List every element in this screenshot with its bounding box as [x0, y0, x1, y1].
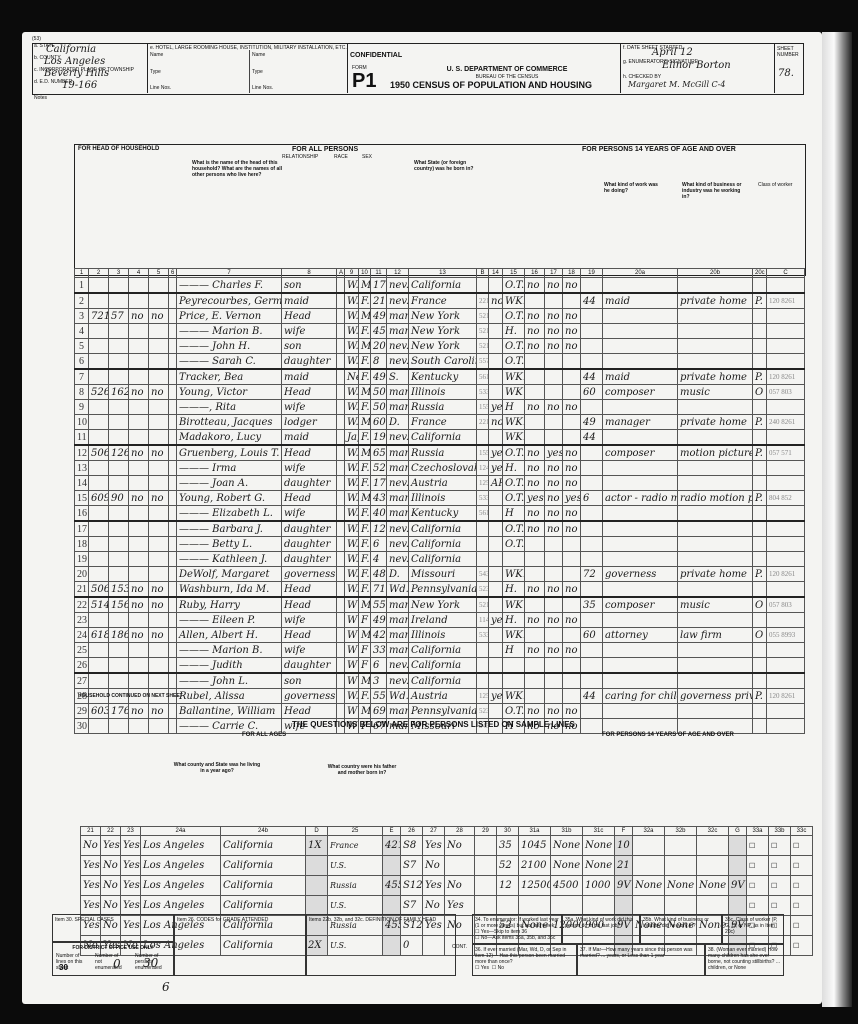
cell-dwelling — [89, 430, 109, 446]
cell-race: W — [345, 673, 359, 689]
cell-marital: mar. — [387, 309, 409, 324]
cell-industry — [678, 673, 753, 689]
table-row: 10Birotteau, JacqueslodgerW.M.60D.France… — [75, 415, 805, 430]
cell-code — [767, 643, 805, 658]
sample-cell-grade: S7 — [401, 896, 423, 916]
sample-cell-g: 9V — [729, 876, 747, 896]
blank-cell — [169, 658, 177, 674]
cell-dwelling — [89, 400, 109, 415]
cell-race: W. — [345, 506, 359, 522]
cell-c18 — [563, 628, 581, 643]
sample-all-ages: FOR ALL AGES — [242, 732, 286, 738]
cell-c16: no — [525, 309, 545, 324]
blank-cell — [337, 400, 345, 415]
cell-code — [767, 704, 805, 719]
q36-no-label: No — [498, 965, 504, 971]
cell-serial: 162 — [109, 385, 129, 400]
colnum: A — [337, 269, 345, 278]
q36-box: 36. If ever married (Mar, Wd, D, or Sep … — [472, 944, 577, 976]
cell-natz — [489, 324, 503, 339]
cell-code — [767, 521, 805, 537]
cell-activity: H. — [503, 324, 525, 339]
cell-age: 3 — [371, 673, 387, 689]
checkbox-cell: ☐ — [769, 836, 791, 856]
cell-c18: no — [563, 400, 581, 415]
cell-age: 17 — [371, 278, 387, 294]
table-row: 372157nonoPrice, E. VernonHeadW.M.49mar.… — [75, 309, 805, 324]
cell-age: 48 — [371, 567, 387, 582]
cell-natz — [489, 354, 503, 370]
q36-yes[interactable]: ☐ Yes — [475, 965, 489, 971]
cell-birthplace: Kentucky — [409, 369, 477, 385]
blank-cell — [169, 704, 177, 719]
form-title: 1950 CENSUS OF POPULATION AND HOUSING — [390, 80, 592, 90]
cell-c17: no — [545, 400, 563, 415]
cell-industry: private home — [678, 567, 753, 582]
cell-code: 057 571 — [767, 445, 805, 461]
cell-birthplace: California — [409, 643, 477, 658]
cell-occupation: actor - radio motion picture — [603, 491, 678, 506]
cell-c17 — [545, 597, 563, 613]
cell-natz — [489, 673, 503, 689]
blank-cell — [337, 506, 345, 522]
colnum: 15 — [503, 269, 525, 278]
colnum: 10 — [359, 269, 371, 278]
cell-b — [477, 658, 489, 674]
cell-hours — [581, 339, 603, 354]
cell-activity — [503, 673, 525, 689]
cell-rel: wife — [282, 324, 337, 339]
cell-code — [767, 339, 805, 354]
cell-birthplace: California — [409, 658, 477, 674]
cell-line: 1 — [75, 278, 89, 294]
cell-age: 33 — [371, 643, 387, 658]
cell-rel: maid — [282, 293, 337, 309]
sample-cell-county: Los Angeles — [141, 836, 221, 856]
cell-age: 20 — [371, 339, 387, 354]
cell-birthplace: Russia — [409, 445, 477, 461]
cell-name: ———, Rita — [177, 400, 282, 415]
cell-age: 60 — [371, 415, 387, 430]
office-use-box: FOR DISTRICT OFFICE USE ONLY Number of l… — [52, 942, 174, 976]
blank-cell — [169, 385, 177, 400]
cell-sex: M. — [359, 445, 371, 461]
cell-marital: mar. — [387, 613, 409, 628]
cell-b — [477, 521, 489, 537]
checked-by: Margaret M. McGill C-4 — [628, 80, 725, 89]
cell-marital: D. — [387, 567, 409, 582]
cell-name: DeWolf, Margaret — [177, 567, 282, 582]
cell-occupation: composer — [603, 445, 678, 461]
cell-hours — [581, 704, 603, 719]
colnum: 26 — [401, 827, 423, 836]
blank-cell — [337, 324, 345, 339]
cell-marital: nev. — [387, 658, 409, 674]
cell-cls — [753, 309, 767, 324]
line-nos-label-2: Line Nos. — [252, 85, 273, 91]
cell-industry — [678, 613, 753, 628]
colnum: B — [477, 269, 489, 278]
cell-acres — [149, 339, 169, 354]
notes-label: Notes — [34, 95, 47, 101]
table-row: 1560990nonoYoung, Robert G.HeadW.M.43mar… — [75, 491, 805, 506]
cell-cls — [753, 613, 767, 628]
blank-cell — [169, 521, 177, 537]
cell-c17 — [545, 385, 563, 400]
cell-c17 — [545, 415, 563, 430]
cell-dwelling: 526 — [89, 385, 109, 400]
sample-cell-c32c — [697, 836, 729, 856]
colnum: E — [383, 827, 401, 836]
sample-cell-county: Los Angeles — [141, 856, 221, 876]
line-nos-label: Line Nos. — [150, 85, 171, 91]
q34-no[interactable]: ☐ No—Ask items 35a, 35b, and 35c — [475, 935, 559, 941]
cell-sex: F. — [359, 552, 371, 567]
dept-label: U. S. DEPARTMENT OF COMMERCE — [412, 66, 602, 73]
cell-name: Price, E. Vernon — [177, 309, 282, 324]
work-question: What kind of work was he doing? — [604, 182, 664, 194]
sheet-code: (53) — [32, 36, 41, 42]
cell-line: 23 — [75, 613, 89, 628]
cell-marital: nev. — [387, 339, 409, 354]
grade-codes-box: Item 26. CODES for GRADE ATTENDED — [174, 914, 306, 976]
cell-c18: yes — [563, 491, 581, 506]
cell-rel: governess — [282, 567, 337, 582]
sample-cell-c21: Yes — [81, 856, 101, 876]
cell-farm — [129, 415, 149, 430]
cell-natz — [489, 339, 503, 354]
cell-hours — [581, 309, 603, 324]
cell-c18: no — [563, 643, 581, 658]
cell-b: 155 — [477, 400, 489, 415]
cell-c17 — [545, 430, 563, 446]
cell-serial — [109, 552, 129, 567]
cell-acres: no — [149, 491, 169, 506]
cell-rel: lodger — [282, 415, 337, 430]
q36-no[interactable]: ☐ No — [492, 965, 504, 971]
cell-c18 — [563, 658, 581, 674]
cell-name: ——— Judith — [177, 658, 282, 674]
sample-cell-c32b — [665, 836, 697, 856]
sample-cell-c30: 35 — [497, 836, 519, 856]
cell-c17 — [545, 628, 563, 643]
cell-b: 221 — [477, 415, 489, 430]
sample-cell-c31a — [519, 896, 551, 916]
cell-sex: F. — [359, 476, 371, 491]
cell-cls — [753, 552, 767, 567]
blank-cell — [169, 582, 177, 598]
sample-cell-c22: Yes — [101, 836, 121, 856]
cell-hours — [581, 476, 603, 491]
cell-dwelling — [89, 415, 109, 430]
cell-cls — [753, 354, 767, 370]
cell-age: 42 — [371, 628, 387, 643]
cell-sex: M. — [359, 385, 371, 400]
cell-sex: F. — [359, 537, 371, 552]
sample-cell-father: U.S. — [328, 896, 383, 916]
sample-cell-f: 9V — [615, 876, 633, 896]
cell-age: 49 — [371, 369, 387, 385]
cell-serial — [109, 476, 129, 491]
cell-c18 — [563, 385, 581, 400]
sample-cell-c21: Yes — [81, 876, 101, 896]
sample-cell-g — [729, 896, 747, 916]
cell-marital: S. — [387, 369, 409, 385]
cell-sex: F. — [359, 689, 371, 704]
cell-industry: music — [678, 385, 753, 400]
page-edge — [822, 32, 852, 1007]
cell-birthplace: California — [409, 673, 477, 689]
cell-c17: no — [545, 324, 563, 339]
cell-occupation — [603, 278, 678, 294]
cell-marital: nev. — [387, 278, 409, 294]
section-persons-14: FOR PERSONS 14 YEARS OF AGE AND OVER — [582, 146, 736, 153]
blank-cell — [337, 613, 345, 628]
cell-birthplace: New York — [409, 324, 477, 339]
cell-name: ——— Marion B. — [177, 324, 282, 339]
cell-c16: no — [525, 278, 545, 294]
cell-dwelling: 609 — [89, 491, 109, 506]
cell-occupation — [603, 461, 678, 476]
place-value: Beverly Hills — [44, 68, 109, 79]
cell-code — [767, 430, 805, 446]
cell-industry — [678, 658, 753, 674]
cell-b: 521 — [477, 309, 489, 324]
inst-type-label: Type — [150, 69, 161, 75]
cell-hours: 35 — [581, 597, 603, 613]
cell-serial — [109, 643, 129, 658]
cell-occupation: manager — [603, 415, 678, 430]
sample-cell-c31b: 4500 — [551, 876, 583, 896]
cell-activity: WK. — [503, 689, 525, 704]
cell-code: 120 8261 — [767, 689, 805, 704]
blank-cell — [337, 309, 345, 324]
checkbox-cell: ☐ — [747, 836, 769, 856]
cell-c17 — [545, 673, 563, 689]
cell-activity: H. — [503, 613, 525, 628]
cell-name: ——— Joan A. — [177, 476, 282, 491]
cell-industry: private home — [678, 369, 753, 385]
cell-dwelling — [89, 354, 109, 370]
cell-b: 521 — [477, 597, 489, 613]
cell-natz — [489, 628, 503, 643]
cell-c16 — [525, 673, 545, 689]
cell-occupation — [603, 400, 678, 415]
cell-cls: P. — [753, 415, 767, 430]
cell-occupation — [603, 430, 678, 446]
colnum: 27 — [423, 827, 445, 836]
cell-sex: M — [359, 673, 371, 689]
cell-natz — [489, 278, 503, 294]
cell-cls: O — [753, 385, 767, 400]
form-id: P1 — [352, 70, 376, 93]
section-head-of-household: FOR HEAD OF HOUSEHOLD — [78, 146, 159, 152]
colnum: 13 — [409, 269, 477, 278]
cell-rel: Head — [282, 704, 337, 719]
cell-natz — [489, 309, 503, 324]
cell-name: ——— Elizabeth L. — [177, 506, 282, 522]
cell-c17: no — [545, 461, 563, 476]
cell-farm — [129, 369, 149, 385]
blank-cell — [169, 278, 177, 294]
cell-marital: Wd. — [387, 689, 409, 704]
table-row: 18——— Betty L.daughterW.F.6nev.Californi… — [75, 537, 805, 552]
cell-cls — [753, 658, 767, 674]
cell-industry: law firm — [678, 628, 753, 643]
cell-rel: Head — [282, 597, 337, 613]
cell-c16: no — [525, 400, 545, 415]
sample-cell-county: Los Angeles — [141, 896, 221, 916]
cell-c16 — [525, 658, 545, 674]
cell-birthplace: Russia — [409, 400, 477, 415]
cell-cls: P. — [753, 567, 767, 582]
cell-marital: nev. — [387, 552, 409, 567]
cell-serial — [109, 506, 129, 522]
colnum: 22 — [101, 827, 121, 836]
grade-codes-title: Item 26. CODES for GRADE ATTENDED — [177, 917, 268, 923]
cell-line: 8 — [75, 385, 89, 400]
table-row: 4——— Marion B.wifeW.F.45mar.New York521H… — [75, 324, 805, 339]
cell-acres: no — [149, 385, 169, 400]
cell-natz — [489, 430, 503, 446]
blank-cell — [337, 658, 345, 674]
cell-age: 49 — [371, 309, 387, 324]
cell-activity: H. — [503, 461, 525, 476]
cell-c17: yes — [545, 445, 563, 461]
cell-sex: F. — [359, 324, 371, 339]
cell-serial: 153 — [109, 582, 129, 598]
population-table: 12345678A910111213B14151617181920a20b20c… — [74, 268, 805, 734]
table-row: 1——— Charles F.sonW.M.17nev.CaliforniaO.… — [75, 278, 805, 294]
cell-line: 7 — [75, 369, 89, 385]
cell-acres — [149, 673, 169, 689]
cell-natz: yes — [489, 613, 503, 628]
cell-code — [767, 309, 805, 324]
cell-farm: no — [129, 628, 149, 643]
date-started: April 12 — [652, 47, 693, 58]
cell-acres — [149, 293, 169, 309]
sample-cell-c21: No — [81, 836, 101, 856]
sample-cell-c28: Yes — [445, 896, 475, 916]
q36-text: 36. If ever married (Mar, Wd, D, or Sep … — [475, 947, 574, 965]
cell-race: W — [345, 628, 359, 643]
cell-hours: 60 — [581, 385, 603, 400]
blank-cell — [169, 324, 177, 339]
cell-race: W. — [345, 324, 359, 339]
colnum: 18 — [563, 269, 581, 278]
cell-dwelling — [89, 673, 109, 689]
sample-cell-father: France — [328, 836, 383, 856]
cell-b — [477, 278, 489, 294]
cell-activity: O.T. — [503, 339, 525, 354]
cell-occupation — [603, 537, 678, 552]
table-row: 5——— John H.sonW.M.20nev.New York521O.T.… — [75, 339, 805, 354]
cell-farm — [129, 537, 149, 552]
cell-industry — [678, 339, 753, 354]
q34-text: 34. To enumerator: If worked last year (… — [475, 917, 559, 929]
sample-cell-county: Los Angeles — [141, 876, 221, 896]
cont-label: CONT. — [452, 944, 467, 950]
blank-cell — [169, 461, 177, 476]
cell-activity: O.T. — [503, 521, 525, 537]
cell-c17: no — [545, 309, 563, 324]
cell-sex: F. — [359, 461, 371, 476]
cell-acres — [149, 658, 169, 674]
cell-c17 — [545, 658, 563, 674]
cell-hours — [581, 537, 603, 552]
cell-acres — [149, 552, 169, 567]
cell-age: 49 — [371, 613, 387, 628]
blank-cell — [169, 476, 177, 491]
cell-natz — [489, 506, 503, 522]
cell-c16 — [525, 628, 545, 643]
cell-hours — [581, 552, 603, 567]
cell-b: 523 — [477, 704, 489, 719]
cell-b: 533 — [477, 491, 489, 506]
sample-banner: THE QUESTIONS BELOW ARE FOR PERSONS LIST… — [292, 720, 575, 729]
county-state-question: What county and State was he living in a… — [172, 762, 262, 774]
cell-activity: H — [503, 506, 525, 522]
table-row: 20DeWolf, MargaretgovernessW.F.48D.Misso… — [75, 567, 805, 582]
cell-b: 124 — [477, 461, 489, 476]
colnum: 14 — [489, 269, 503, 278]
inst-name-label-2: Name — [252, 52, 265, 58]
cell-farm — [129, 461, 149, 476]
sample-cell-c32a: None — [633, 876, 665, 896]
cell-rel: son — [282, 339, 337, 354]
cell-birthplace: France — [409, 415, 477, 430]
cell-natz: yes — [489, 445, 503, 461]
cell-cls: P. — [753, 689, 767, 704]
cell-occupation — [603, 354, 678, 370]
cell-cls — [753, 278, 767, 294]
cell-birthplace: New York — [409, 597, 477, 613]
cell-industry — [678, 704, 753, 719]
q38-text: 38. (Woman ever married) How many childr… — [708, 947, 780, 971]
blank-cell — [337, 567, 345, 582]
colnum: 4 — [129, 269, 149, 278]
blank-cell — [169, 597, 177, 613]
cell-marital: mar. — [387, 643, 409, 658]
cell-marital: Wd. — [387, 582, 409, 598]
cell-rel: daughter — [282, 552, 337, 567]
cell-birthplace: France — [409, 293, 477, 309]
blank-cell — [337, 704, 345, 719]
cell-c18: no — [563, 324, 581, 339]
cell-birthplace: Austria — [409, 689, 477, 704]
cell-code: 120 8261 — [767, 567, 805, 582]
cell-b — [477, 537, 489, 552]
cell-occupation — [603, 506, 678, 522]
cell-marital: nev. — [387, 476, 409, 491]
cell-c17 — [545, 552, 563, 567]
cell-industry — [678, 400, 753, 415]
cell-activity: O.T. — [503, 354, 525, 370]
table-row: 9———, RitawifeW.F.50mar.Russia155yesHnon… — [75, 400, 805, 415]
cell-acres: no — [149, 445, 169, 461]
cell-farm — [129, 506, 149, 522]
cell-hours — [581, 445, 603, 461]
cell-line: 5 — [75, 339, 89, 354]
office-use-title: FOR DISTRICT OFFICE USE ONLY — [55, 945, 171, 951]
cell-c18 — [563, 673, 581, 689]
blank-cell — [169, 339, 177, 354]
sample-cell-e — [383, 896, 401, 916]
cell-c18 — [563, 689, 581, 704]
cell-sex: F. — [359, 400, 371, 415]
cell-birthplace: Pennsylvania — [409, 582, 477, 598]
cell-name: ——— Irma — [177, 461, 282, 476]
